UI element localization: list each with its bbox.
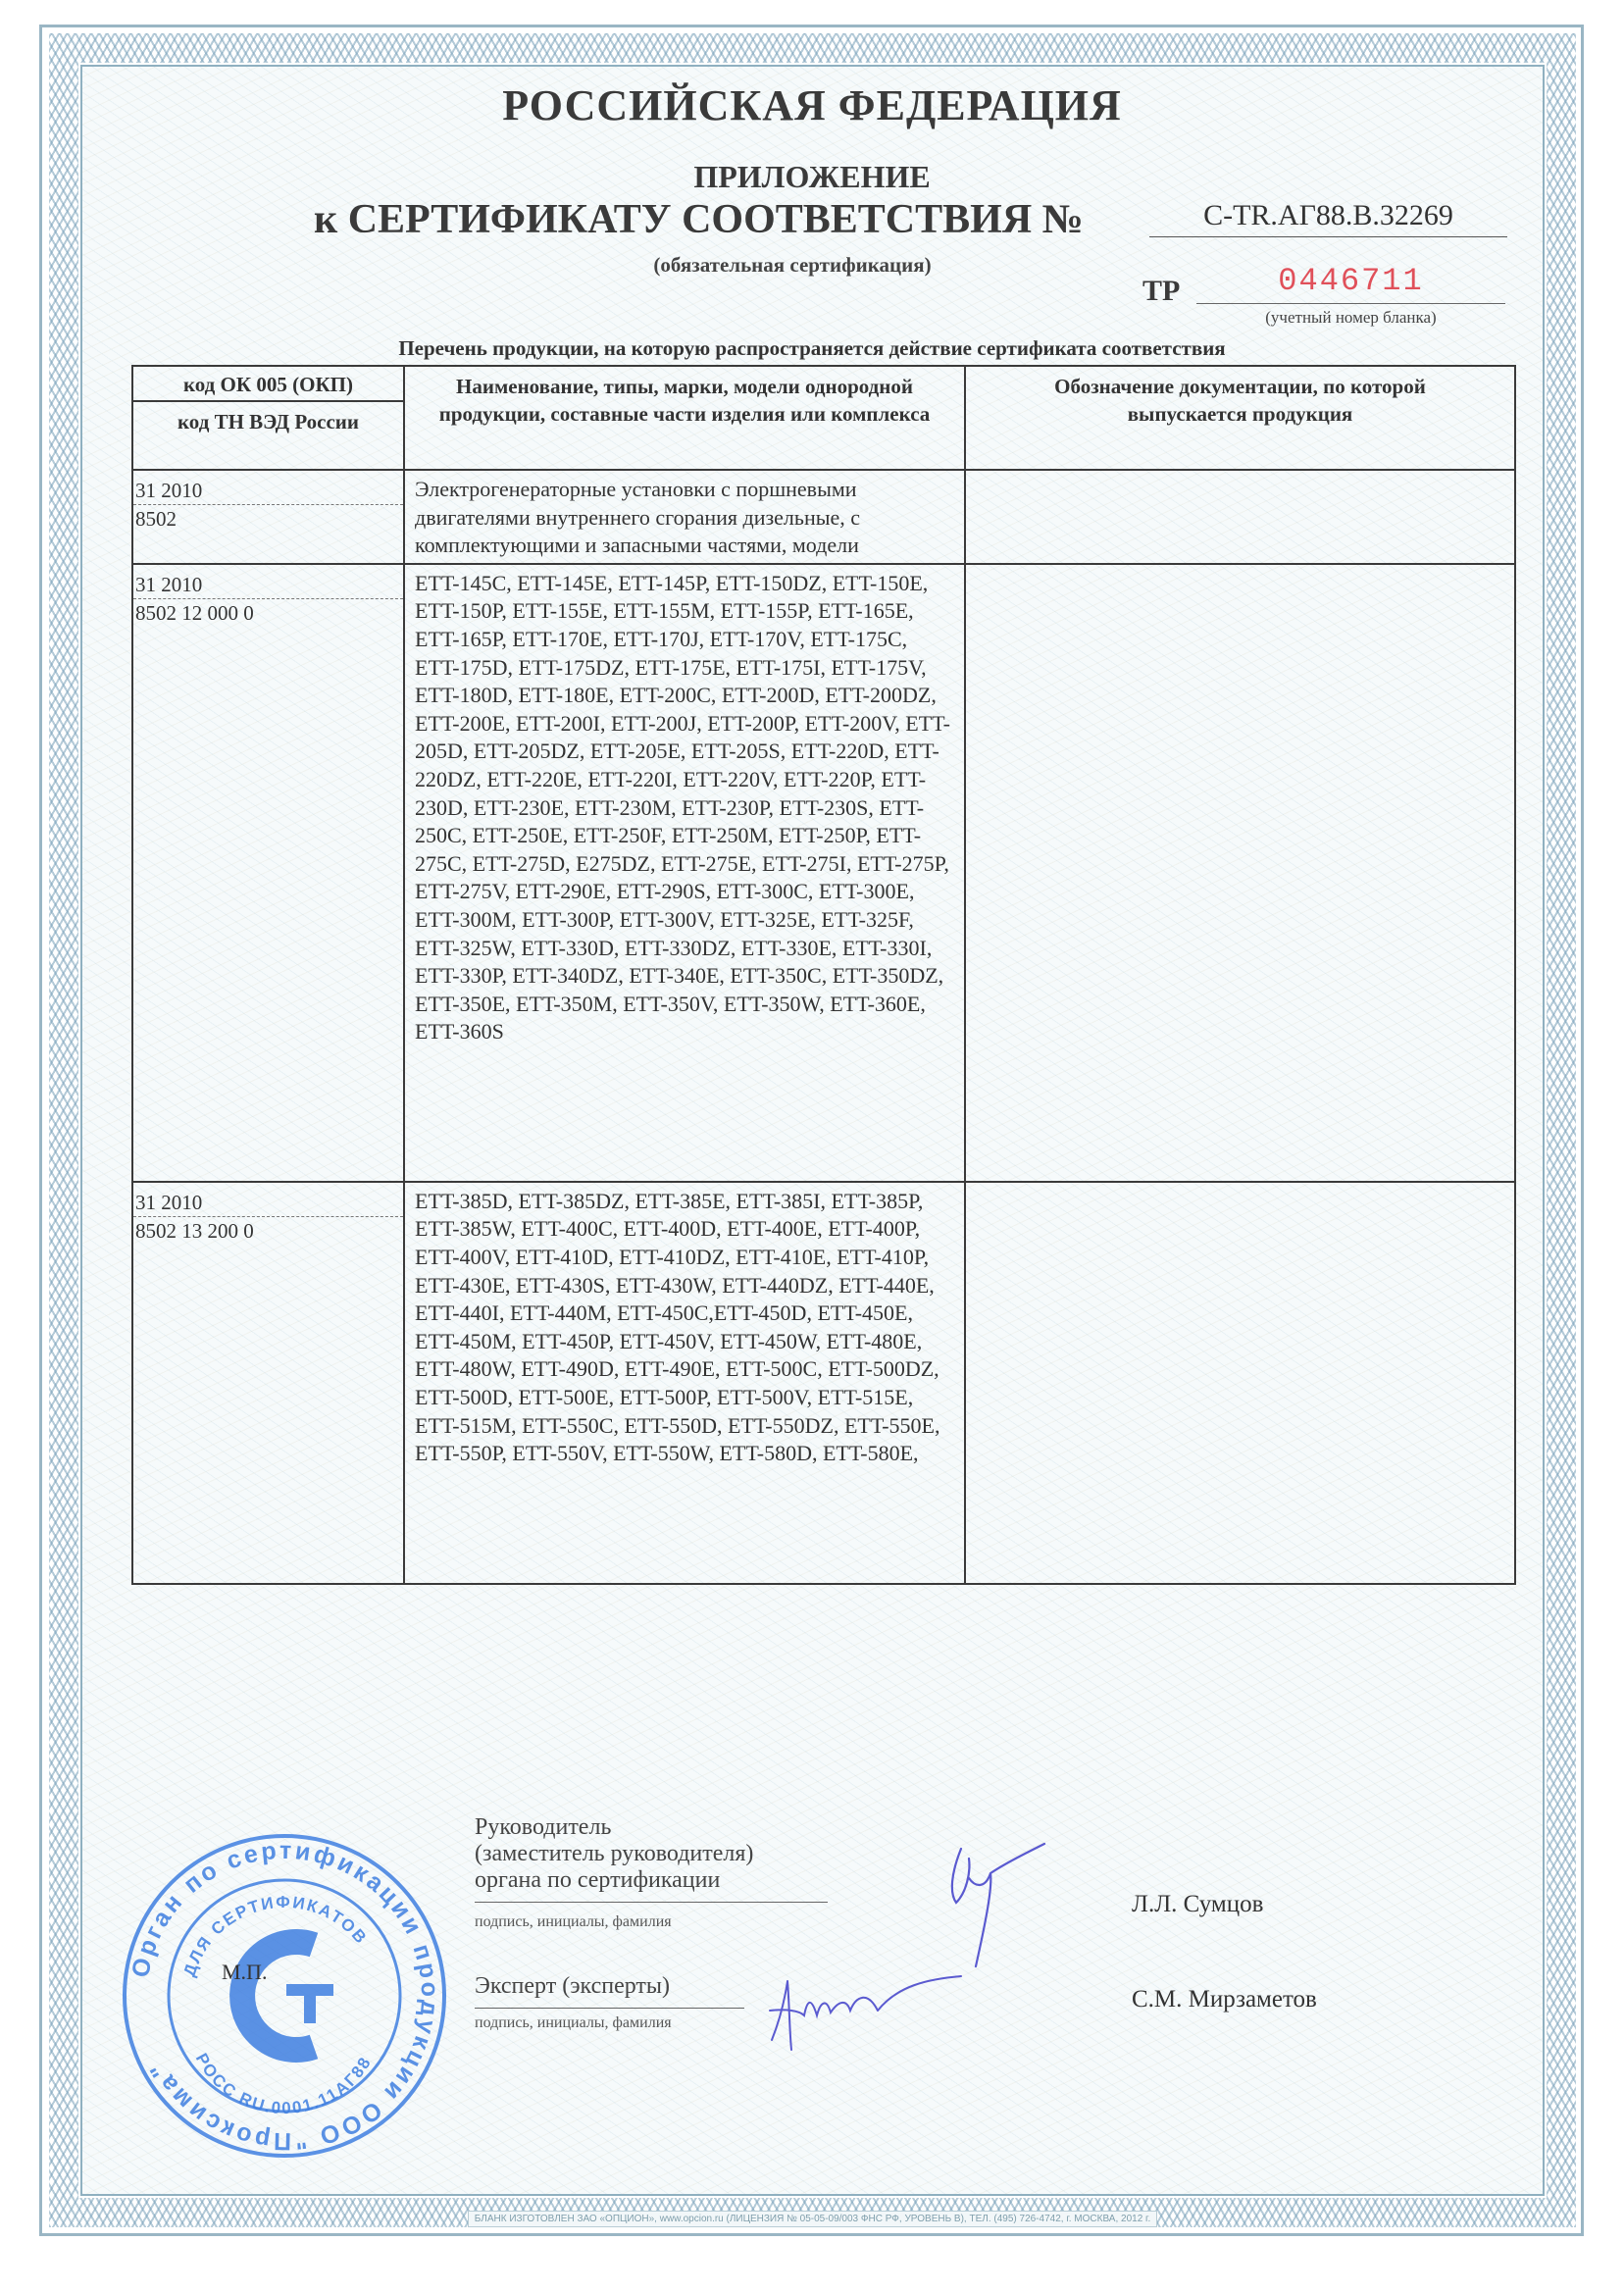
certification-seal-icon: Орган по сертификации продукции ООО "Про… bbox=[118, 1829, 451, 2163]
documentation-cell bbox=[965, 564, 1515, 1182]
printer-footer: БЛАНК ИЗГОТОВЛЕН ЗАО «ОПЦИОН», www.opcio… bbox=[80, 2205, 1545, 2232]
expert-handwritten-signature-icon bbox=[760, 1971, 966, 2060]
country-title: РОССИЙСКАЯ ФЕДЕРАЦИЯ bbox=[0, 80, 1624, 130]
code-okp: 31 2010 bbox=[133, 477, 403, 505]
documentation-cell bbox=[965, 470, 1515, 564]
documentation-cell bbox=[965, 1182, 1515, 1584]
product-cell: ETT-385D, ETT-385DZ, ETT-385E, ETT-385I,… bbox=[404, 1182, 965, 1584]
code-tn: 8502 13 200 0 bbox=[133, 1217, 403, 1245]
head-signature-block: Руководитель (заместитель руководителя) … bbox=[475, 1814, 828, 1935]
table-row: 31 2010 8502 Электрогенераторные установ… bbox=[132, 470, 1515, 564]
signature-line bbox=[475, 2008, 744, 2009]
head-name: Л.Л. Сумцов bbox=[1132, 1891, 1263, 1918]
expert-name: С.М. Мирзаметов bbox=[1132, 1986, 1317, 2013]
table-header-row: код ОК 005 (ОКП) код ТН ВЭД России Наиме… bbox=[132, 366, 1515, 470]
blank-number: 0446711 bbox=[1196, 263, 1505, 304]
product-cell: Электрогенераторные установки с поршневы… bbox=[404, 470, 965, 564]
header-documentation-text: Обозначение документации, по которой вып… bbox=[976, 373, 1504, 428]
header-code-tn: код ТН ВЭД России bbox=[133, 400, 403, 451]
certificate-number: C-TR.АГ88.В.32269 bbox=[1149, 199, 1507, 237]
code-okp: 31 2010 bbox=[133, 1189, 403, 1217]
table-row: 31 2010 8502 13 200 0 ETT-385D, ETT-385D… bbox=[132, 1182, 1515, 1584]
blank-number-caption: (учетный номер бланка) bbox=[1196, 308, 1505, 328]
blank-series: ТР bbox=[1142, 275, 1180, 308]
code-cell: 31 2010 8502 bbox=[132, 470, 404, 564]
code-okp: 31 2010 bbox=[133, 571, 403, 599]
header-documentation: Обозначение документации, по которой вып… bbox=[965, 366, 1515, 470]
header-product-name: Наименование, типы, марки, модели одноро… bbox=[404, 366, 965, 470]
head-title-line1: Руководитель bbox=[475, 1814, 828, 1841]
product-table: код ОК 005 (ОКП) код ТН ВЭД России Наиме… bbox=[131, 365, 1516, 1585]
expert-label: Эксперт (эксперты) bbox=[475, 1973, 744, 2000]
code-cell: 31 2010 8502 13 200 0 bbox=[132, 1182, 404, 1584]
product-cell: ETT-145C, ETT-145E, ETT-145P, ETT-150DZ,… bbox=[404, 564, 965, 1182]
head-title-line2: (заместитель руководителя) bbox=[475, 1841, 828, 1867]
appendix-title: ПРИЛОЖЕНИЕ bbox=[0, 159, 1624, 195]
signature-caption: подпись, инициалы, фамилия bbox=[475, 1909, 828, 1935]
table-row: 31 2010 8502 12 000 0 ETT-145C, ETT-145E… bbox=[132, 564, 1515, 1182]
certificate-title: к СЕРТИФИКАТУ СООТВЕТСТВИЯ № bbox=[314, 196, 1084, 243]
code-cell: 31 2010 8502 12 000 0 bbox=[132, 564, 404, 1182]
expert-signature-block: Эксперт (эксперты) подпись, инициалы, фа… bbox=[475, 1973, 744, 2032]
product-list-heading: Перечень продукции, на которую распростр… bbox=[0, 336, 1624, 361]
code-tn: 8502 12 000 0 bbox=[133, 599, 403, 627]
header-code-cell: код ОК 005 (ОКП) код ТН ВЭД России bbox=[132, 366, 404, 470]
signature-caption: подпись, инициалы, фамилия bbox=[475, 2014, 744, 2032]
head-handwritten-signature-icon bbox=[932, 1834, 1059, 1971]
code-tn: 8502 bbox=[133, 505, 403, 533]
printer-footer-text: БЛАНК ИЗГОТОВЛЕН ЗАО «ОПЦИОН», www.opcio… bbox=[468, 2211, 1158, 2227]
seal-label: М.П. bbox=[222, 1960, 267, 1985]
signature-line bbox=[475, 1902, 828, 1903]
head-title-line3: органа по сертификации bbox=[475, 1867, 828, 1894]
header-code-okp: код ОК 005 (ОКП) bbox=[133, 367, 403, 400]
